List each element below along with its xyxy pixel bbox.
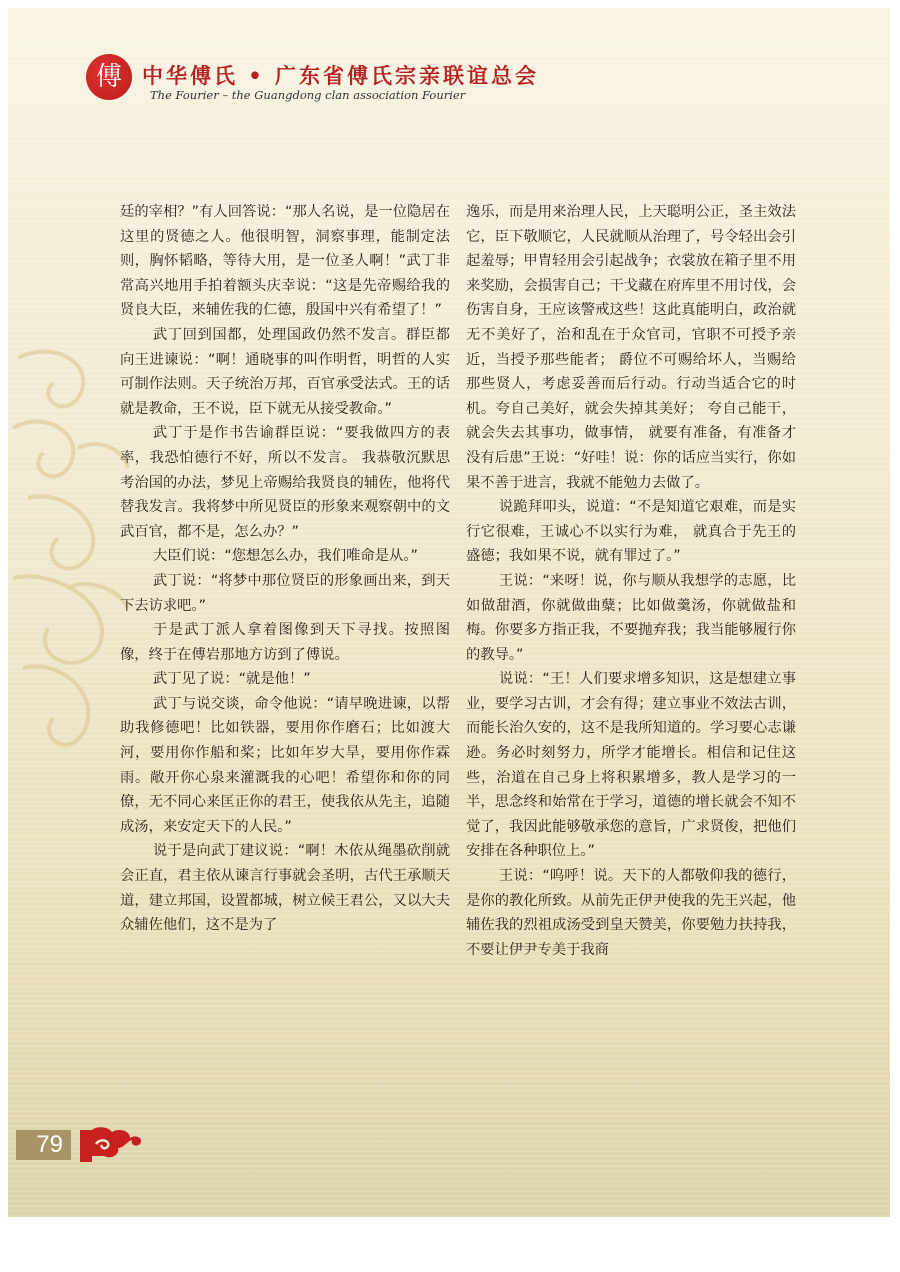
masthead-title: 中华傅氏 • 广东省傅氏宗亲联谊总会 <box>142 60 539 90</box>
floral-ornament-icon <box>8 338 133 778</box>
clan-logo-icon: 傅 <box>86 54 132 100</box>
paragraph: 王说：“来呀！说，你与顺从我想学的志愿，比如做甜酒，你就做曲糵；比如做羹汤，你就… <box>466 569 796 667</box>
paragraph: 武丁见了说：“就是他！” <box>120 667 450 692</box>
paragraph: 说跪拜叩头，说道：“不是知道它艰难，而是实行它很难，王诚心不以实行为难， 就真合… <box>466 495 796 569</box>
paragraph: 廷的宰相？”有人回答说：“那人名说，是一位隐居在这里的贤德之人。他很明智，洞察事… <box>120 200 450 323</box>
paragraph: 逸乐，而是用来治理人民，上天聪明公正，圣主效法它，臣下敬顺它，人民就顺从治理了，… <box>466 200 796 495</box>
page-number: 79 <box>16 1130 71 1160</box>
paragraph: 大臣们说：“您想怎么办，我们唯命是从。” <box>120 544 450 569</box>
left-text-column: 廷的宰相？”有人回答说：“那人名说，是一位隐居在这里的贤德之人。他很明智，洞察事… <box>120 200 450 938</box>
paragraph: 武丁于是作书告谕群臣说：“要我做四方的表率，我恐怕德行不好，所以不发言。 我恭敬… <box>120 421 450 544</box>
paragraph: 武丁与说交谈，命令他说：“请早晚进谏，以帮助我修德吧！比如铁器，要用你作磨石；比… <box>120 692 450 840</box>
paragraph: 武丁说：“将梦中那位贤臣的形象画出来，到天下去访求吧。” <box>120 569 450 618</box>
cloud-ornament-icon <box>78 1126 144 1162</box>
magazine-page: 傅 中华傅氏 • 广东省傅氏宗亲联谊总会 The Fourier – the G… <box>8 8 890 1217</box>
paragraph: 说于是向武丁建议说：“啊！木依从绳墨砍削就会正直，君主依从谏言行事就会圣明，古代… <box>120 839 450 937</box>
paragraph: 于是武丁派人拿着图像到天下寻找。按照图像，终于在傅岩那地方访到了傅说。 <box>120 618 450 667</box>
masthead-subtitle: The Fourier – the Guangdong clan associa… <box>150 88 465 102</box>
right-text-column: 逸乐，而是用来治理人民，上天聪明公正，圣主效法它，臣下敬顺它，人民就顺从治理了，… <box>466 200 796 962</box>
paragraph: 王说：“呜呼！说。天下的人都敬仰我的德行，是你的教化所致。从前先正伊尹使我的先王… <box>466 864 796 962</box>
paragraph: 武丁回到国都，处理国政仍然不发言。群臣都向王进谏说：“啊！通晓事的叫作明哲，明哲… <box>120 323 450 421</box>
paragraph: 说说：“王！人们要求增多知识，这是想建立事业，要学习古训，才会有得；建立事业不效… <box>466 667 796 864</box>
